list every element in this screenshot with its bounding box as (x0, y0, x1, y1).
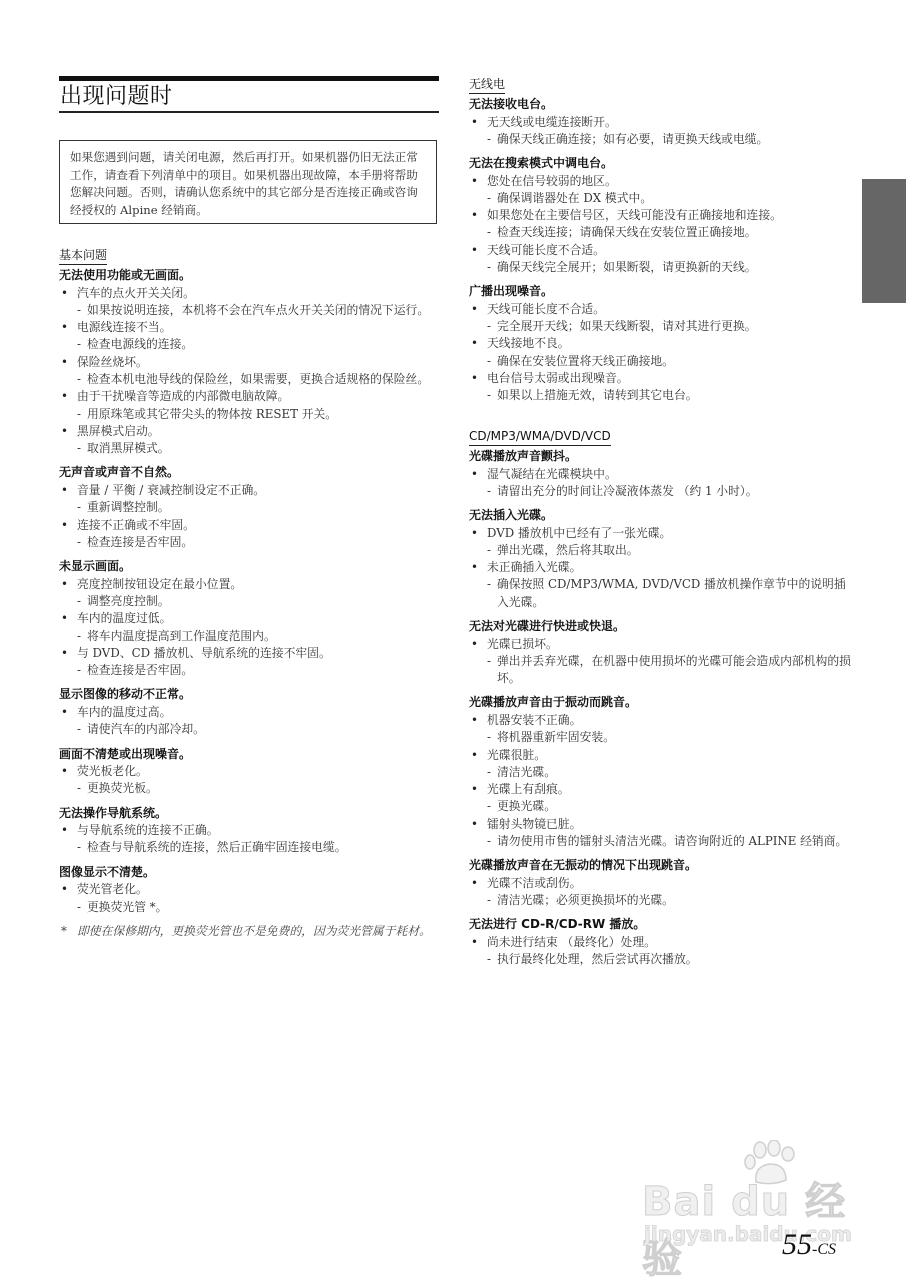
cause-item: •音量 / 平衡 / 衰减控制设定不正确。 (59, 482, 439, 499)
bullet-icon: • (61, 482, 68, 499)
trouble-section: 光碟播放声音在无振动的情况下出现跳音。•光碟不洁或刮伤。-清洁光碟；必须更换损坏… (469, 857, 854, 909)
remedy-text: 确保按照 CD/MP3/WMA, DVD/VCD 播放机操作章节中的说明插入光碟… (497, 577, 846, 608)
remedy-text: 检查天线连接；请确保天线在安装位置正确接地。 (497, 225, 757, 239)
dash-icon: - (487, 131, 491, 148)
cause-item: •光碟上有刮痕。 (469, 781, 854, 798)
page-number: 55-CS (782, 1228, 836, 1262)
remedy-text: 弹出光碟，然后将其取出。 (497, 543, 639, 557)
cause-item: •机器安装不正确。 (469, 712, 854, 729)
cause-text: 光碟已损坏。 (487, 637, 558, 651)
cause-text: 光碟上有刮痕。 (487, 782, 570, 796)
remedy-text: 检查电源线的连接。 (87, 337, 193, 351)
section-title: 显示图像的移动不正常。 (59, 686, 439, 704)
bullet-icon: • (61, 319, 68, 336)
cause-text: 由于干扰噪音等造成的内部微电脑故障。 (77, 389, 289, 403)
cause-item: •与 DVD、CD 播放机、导航系统的连接不牢固。 (59, 645, 439, 662)
dash-icon: - (487, 318, 491, 335)
cause-text: 光碟很脏。 (487, 748, 546, 762)
dash-icon: - (77, 899, 81, 916)
bullet-icon: • (471, 934, 478, 951)
footnote-text: 即使在保修期内，更换荧光管也不是免费的，因为荧光管属于耗材。 (77, 924, 431, 938)
remedy-item: -请留出充分的时间让冷凝液体蒸发 （约 1 小时）。 (469, 483, 854, 500)
dash-icon: - (487, 353, 491, 370)
footnote: * 即使在保修期内，更换荧光管也不是免费的，因为荧光管属于耗材。 (59, 923, 439, 940)
remedy-text: 确保调谐器处在 DX 模式中。 (497, 191, 652, 205)
remedy-text: 如果以上措施无效，请转到其它电台。 (497, 388, 698, 402)
trouble-section: 无法使用功能或无画面。•汽车的点火开关关闭。-如果按说明连接，本机将不会在汽车点… (59, 267, 439, 457)
bullet-icon: • (471, 466, 478, 483)
remedy-text: 检查与导航系统的连接，然后正确牢固连接电缆。 (87, 840, 347, 854)
cause-text: 天线接地不良。 (487, 336, 570, 350)
cause-item: •天线接地不良。 (469, 335, 854, 352)
remedy-text: 执行最终化处理，然后尝试再次播放。 (497, 952, 698, 966)
cause-text: 连接不正确或不牢固。 (77, 518, 195, 532)
cause-item: •荧光管老化。 (59, 881, 439, 898)
dash-icon: - (77, 839, 81, 856)
dash-icon: - (77, 534, 81, 551)
trouble-section: 画面不清楚或出现噪音。•荧光板老化。-更换荧光板。 (59, 746, 439, 798)
remedy-text: 检查连接是否牢固。 (87, 535, 193, 549)
bullet-icon: • (61, 645, 68, 662)
remedy-text: 确保天线正确连接；如有必要，请更换天线或电缆。 (497, 132, 768, 146)
cause-item: •天线可能长度不合适。 (469, 242, 854, 259)
remedy-item: -执行最终化处理，然后尝试再次播放。 (469, 951, 854, 968)
remedy-item: -更换光碟。 (469, 798, 854, 815)
section-title: 广播出现噪音。 (469, 283, 854, 301)
bullet-icon: • (471, 301, 478, 318)
dash-icon: - (487, 542, 491, 559)
bullet-icon: • (61, 576, 68, 593)
cause-item: •未正确插入光碟。 (469, 559, 854, 576)
cause-text: 汽车的点火开关关闭。 (77, 286, 195, 300)
disc-problems: CD/MP3/WMA/DVD/VCD 光碟播放声音颤抖。•湿气凝结在光碟模块中。… (469, 425, 854, 976)
cause-item: •电源线连接不当。 (59, 319, 439, 336)
dash-icon: - (487, 483, 491, 500)
cause-text: 无天线或电缆连接断开。 (487, 115, 617, 129)
bullet-icon: • (61, 822, 68, 839)
cause-text: 您处在信号较弱的地区。 (487, 174, 617, 188)
remedy-item: -检查连接是否牢固。 (59, 534, 439, 551)
dash-icon: - (487, 387, 491, 404)
bullet-icon: • (471, 875, 478, 892)
trouble-section: 图像显示不清楚。•荧光管老化。-更换荧光管 *。 (59, 864, 439, 916)
remedy-text: 请使汽车的内部冷却。 (87, 722, 205, 736)
bullet-icon: • (471, 114, 478, 131)
bullet-icon: • (61, 763, 68, 780)
radio-problems: 无线电 无法接收电台。•无天线或电缆连接断开。-确保天线正确连接；如有必要，请更… (469, 73, 854, 412)
trouble-section: 光碟播放声音由于振动而跳音。•机器安装不正确。-将机器重新牢固安装。•光碟很脏。… (469, 694, 854, 850)
remedy-text: 将机器重新牢固安装。 (497, 730, 615, 744)
cause-text: 机器安装不正确。 (487, 713, 581, 727)
bullet-icon: • (471, 242, 478, 259)
bullet-icon: • (471, 370, 478, 387)
remedy-item: -检查天线连接；请确保天线在安装位置正确接地。 (469, 224, 854, 241)
remedy-text: 弹出并丢弃光碟，在机器中使用损坏的光碟可能会造成内部机构的损坏。 (497, 654, 851, 685)
dash-icon: - (77, 499, 81, 516)
cause-text: 天线可能长度不合适。 (487, 302, 605, 316)
remedy-item: -更换荧光板。 (59, 780, 439, 797)
section-title: 光碟播放声音在无振动的情况下出现跳音。 (469, 857, 854, 875)
cause-item: •镭射头物镜已脏。 (469, 816, 854, 833)
dash-icon: - (77, 721, 81, 738)
dash-icon: - (487, 576, 491, 593)
cause-item: •无天线或电缆连接断开。 (469, 114, 854, 131)
cause-item: •湿气凝结在光碟模块中。 (469, 466, 854, 483)
disc-sections: 光碟播放声音颤抖。•湿气凝结在光碟模块中。-请留出充分的时间让冷凝液体蒸发 （约… (469, 448, 854, 969)
bullet-icon: • (61, 285, 68, 302)
cause-text: 如果您处在主要信号区，天线可能没有正确接地和连接。 (487, 208, 782, 222)
trouble-section: 无法对光碟进行快进或快退。•光碟已损坏。-弹出并丢弃光碟，在机器中使用损坏的光碟… (469, 618, 854, 687)
dash-icon: - (487, 833, 491, 850)
page-number-value: 55 (782, 1228, 812, 1261)
dash-icon: - (77, 336, 81, 353)
category-heading: 无线电 (469, 76, 505, 94)
radio-sections: 无法接收电台。•无天线或电缆连接断开。-确保天线正确连接；如有必要，请更换天线或… (469, 96, 854, 405)
remedy-item: -用原珠笔或其它带尖头的物体按 RESET 开关。 (59, 406, 439, 423)
cause-text: 电台信号太弱或出现噪音。 (487, 371, 629, 385)
section-title: 无声音或声音不自然。 (59, 464, 439, 482)
remedy-text: 更换光碟。 (497, 799, 556, 813)
dash-icon: - (77, 406, 81, 423)
dash-icon: - (77, 662, 81, 679)
dash-icon: - (487, 798, 491, 815)
remedy-item: -请勿使用市售的镭射头清洁光碟。请咨询附近的 ALPINE 经销商。 (469, 833, 854, 850)
cause-item: •光碟不洁或刮伤。 (469, 875, 854, 892)
dash-icon: - (487, 729, 491, 746)
section-title: 无法在搜索模式中调电台。 (469, 155, 854, 173)
cause-item: •DVD 播放机中已经有了一张光碟。 (469, 525, 854, 542)
remedy-item: -确保按照 CD/MP3/WMA, DVD/VCD 播放机操作章节中的说明插入光… (469, 576, 854, 611)
bullet-icon: • (61, 423, 68, 440)
remedy-text: 将车内温度提高到工作温度范围内。 (87, 629, 276, 643)
chapter-tab (862, 179, 906, 303)
section-title: 无法接收电台。 (469, 96, 854, 114)
remedy-item: -确保在安装位置将天线正确接地。 (469, 353, 854, 370)
trouble-section: 无法接收电台。•无天线或电缆连接断开。-确保天线正确连接；如有必要，请更换天线或… (469, 96, 854, 148)
bullet-icon: • (471, 525, 478, 542)
cause-text: 车内的温度过高。 (77, 705, 171, 719)
trouble-section: 无声音或声音不自然。•音量 / 平衡 / 衰减控制设定不正确。-重新调整控制。•… (59, 464, 439, 551)
trouble-section: 光碟播放声音颤抖。•湿气凝结在光碟模块中。-请留出充分的时间让冷凝液体蒸发 （约… (469, 448, 854, 500)
dash-icon: - (487, 951, 491, 968)
remedy-item: -确保天线完全展开；如果断裂，请更换新的天线。 (469, 259, 854, 276)
cause-item: •连接不正确或不牢固。 (59, 517, 439, 534)
cause-item: •天线可能长度不合适。 (469, 301, 854, 318)
cause-item: •车内的温度过高。 (59, 704, 439, 721)
remedy-item: -如果以上措施无效，请转到其它电台。 (469, 387, 854, 404)
trouble-section: 未显示画面。•亮度控制按钮设定在最小位置。-调整亮度控制。•车内的温度过低。-将… (59, 558, 439, 679)
cause-item: •由于干扰噪音等造成的内部微电脑故障。 (59, 388, 439, 405)
footnote-mark: * (61, 923, 67, 940)
cause-item: •光碟已损坏。 (469, 636, 854, 653)
section-title: 无法插入光碟。 (469, 507, 854, 525)
cause-text: 电源线连接不当。 (77, 320, 171, 334)
section-title: 光碟播放声音颤抖。 (469, 448, 854, 466)
remedy-item: -取消黑屏模式。 (59, 440, 439, 457)
dash-icon: - (77, 780, 81, 797)
bullet-icon: • (471, 781, 478, 798)
left-sections: 无法使用功能或无画面。•汽车的点火开关关闭。-如果按说明连接，本机将不会在汽车点… (59, 267, 439, 916)
cause-item: •与导航系统的连接不正确。 (59, 822, 439, 839)
remedy-text: 确保天线完全展开；如果断裂，请更换新的天线。 (497, 260, 757, 274)
cause-item: •亮度控制按钮设定在最小位置。 (59, 576, 439, 593)
dash-icon: - (77, 593, 81, 610)
bullet-icon: • (61, 610, 68, 627)
cause-item: •汽车的点火开关关闭。 (59, 285, 439, 302)
bullet-icon: • (471, 712, 478, 729)
remedy-text: 检查连接是否牢固。 (87, 663, 193, 677)
bullet-icon: • (61, 517, 68, 534)
bullet-icon: • (471, 559, 478, 576)
bullet-icon: • (471, 636, 478, 653)
remedy-item: -完全展开天线；如果天线断裂，请对其进行更换。 (469, 318, 854, 335)
remedy-text: 调整亮度控制。 (87, 594, 170, 608)
remedy-item: -检查本机电池导线的保险丝，如果需要，更换合适规格的保险丝。 (59, 371, 439, 388)
remedy-text: 检查本机电池导线的保险丝，如果需要，更换合适规格的保险丝。 (87, 372, 429, 386)
bullet-icon: • (61, 388, 68, 405)
bullet-icon: • (471, 816, 478, 833)
remedy-text: 更换荧光管 *。 (87, 900, 167, 914)
section-title: 画面不清楚或出现噪音。 (59, 746, 439, 764)
section-title: 无法使用功能或无画面。 (59, 267, 439, 285)
remedy-text: 确保在安装位置将天线正确接地。 (497, 354, 674, 368)
remedy-item: -将机器重新牢固安装。 (469, 729, 854, 746)
cause-text: 天线可能长度不合适。 (487, 243, 605, 257)
cause-item: •您处在信号较弱的地区。 (469, 173, 854, 190)
cause-text: 与 DVD、CD 播放机、导航系统的连接不牢固。 (77, 646, 331, 660)
cause-text: 保险丝烧坏。 (77, 355, 148, 369)
cause-text: 音量 / 平衡 / 衰减控制设定不正确。 (77, 483, 265, 497)
cause-text: 黑屏模式启动。 (77, 424, 160, 438)
basic-problems: 基本问题 无法使用功能或无画面。•汽车的点火开关关闭。-如果按说明连接，本机将不… (59, 244, 439, 940)
title-rule (59, 111, 439, 113)
dash-icon: - (77, 440, 81, 457)
remedy-text: 完全展开天线；如果天线断裂，请对其进行更换。 (497, 319, 757, 333)
baidu-watermark: Bai du 经验 jingyan.baidu.com (642, 1140, 872, 1260)
remedy-text: 清洁光碟；必须更换损坏的光碟。 (497, 893, 674, 907)
trouble-section: 无法操作导航系统。•与导航系统的连接不正确。-检查与导航系统的连接，然后正确牢固… (59, 805, 439, 857)
trouble-section: 无法进行 CD-R/CD-RW 播放。•尚未进行结束 （最终化）处理。-执行最终… (469, 916, 854, 968)
remedy-item: -确保调谐器处在 DX 模式中。 (469, 190, 854, 207)
section-title: 无法进行 CD-R/CD-RW 播放。 (469, 916, 854, 934)
cause-item: •保险丝烧坏。 (59, 354, 439, 371)
page-title: 出现问题时 (60, 84, 173, 110)
cause-text: 亮度控制按钮设定在最小位置。 (77, 577, 242, 591)
remedy-item: -请使汽车的内部冷却。 (59, 721, 439, 738)
section-title: 无法对光碟进行快进或快退。 (469, 618, 854, 636)
cause-text: 未正确插入光碟。 (487, 560, 581, 574)
bullet-icon: • (61, 354, 68, 371)
remedy-item: -确保天线正确连接；如有必要，请更换天线或电缆。 (469, 131, 854, 148)
dash-icon: - (487, 224, 491, 241)
remedy-item: -检查电源线的连接。 (59, 336, 439, 353)
cause-text: 荧光板老化。 (77, 764, 148, 778)
remedy-text: 更换荧光板。 (87, 781, 158, 795)
dash-icon: - (487, 892, 491, 909)
remedy-text: 如果按说明连接，本机将不会在汽车点火开关关闭的情况下运行。 (87, 303, 429, 317)
bullet-icon: • (471, 335, 478, 352)
remedy-text: 重新调整控制。 (87, 500, 170, 514)
cause-item: •尚未进行结束 （最终化）处理。 (469, 934, 854, 951)
remedy-item: -检查与导航系统的连接，然后正确牢固连接电缆。 (59, 839, 439, 856)
dash-icon: - (487, 190, 491, 207)
remedy-item: -清洁光碟。 (469, 764, 854, 781)
cause-item: •车内的温度过低。 (59, 610, 439, 627)
dash-icon: - (77, 302, 81, 319)
cause-item: •荧光板老化。 (59, 763, 439, 780)
cause-text: 荧光管老化。 (77, 882, 148, 896)
dash-icon: - (487, 653, 491, 670)
trouble-section: 无法插入光碟。•DVD 播放机中已经有了一张光碟。-弹出光碟，然后将其取出。•未… (469, 507, 854, 611)
bullet-icon: • (471, 207, 478, 224)
remedy-item: -重新调整控制。 (59, 499, 439, 516)
trouble-section: 显示图像的移动不正常。•车内的温度过高。-请使汽车的内部冷却。 (59, 686, 439, 738)
section-title: 无法操作导航系统。 (59, 805, 439, 823)
remedy-text: 请留出充分的时间让冷凝液体蒸发 （约 1 小时）。 (497, 484, 758, 498)
remedy-item: -调整亮度控制。 (59, 593, 439, 610)
cause-item: •黑屏模式启动。 (59, 423, 439, 440)
cause-item: •如果您处在主要信号区，天线可能没有正确接地和连接。 (469, 207, 854, 224)
remedy-item: -检查连接是否牢固。 (59, 662, 439, 679)
cause-text: 车内的温度过低。 (77, 611, 171, 625)
cause-text: 尚未进行结束 （最终化）处理。 (487, 935, 656, 949)
remedy-item: -如果按说明连接，本机将不会在汽车点火开关关闭的情况下运行。 (59, 302, 439, 319)
category-heading: 基本问题 (59, 247, 107, 265)
trouble-section: 无法在搜索模式中调电台。•您处在信号较弱的地区。-确保调谐器处在 DX 模式中。… (469, 155, 854, 276)
dash-icon: - (77, 628, 81, 645)
remedy-text: 请勿使用市售的镭射头清洁光碟。请咨询附近的 ALPINE 经销商。 (497, 834, 847, 848)
bullet-icon: • (471, 173, 478, 190)
remedy-item: -更换荧光管 *。 (59, 899, 439, 916)
page-suffix: -CS (812, 1241, 836, 1258)
remedy-item: -弹出并丢弃光碟，在机器中使用损坏的光碟可能会造成内部机构的损坏。 (469, 653, 854, 688)
remedy-item: -清洁光碟；必须更换损坏的光碟。 (469, 892, 854, 909)
section-title: 图像显示不清楚。 (59, 864, 439, 882)
remedy-text: 取消黑屏模式。 (87, 441, 170, 455)
cause-text: 湿气凝结在光碟模块中。 (487, 467, 617, 481)
cause-text: 光碟不洁或刮伤。 (487, 876, 581, 890)
remedy-text: 清洁光碟。 (497, 765, 556, 779)
cause-text: DVD 播放机中已经有了一张光碟。 (487, 526, 671, 540)
remedy-item: -将车内温度提高到工作温度范围内。 (59, 628, 439, 645)
trouble-section: 广播出现噪音。•天线可能长度不合适。-完全展开天线；如果天线断裂，请对其进行更换… (469, 283, 854, 404)
remedy-item: -弹出光碟，然后将其取出。 (469, 542, 854, 559)
cause-item: •电台信号太弱或出现噪音。 (469, 370, 854, 387)
intro-box: 如果您遇到问题，请关闭电源，然后再打开。如果机器仍旧无法正常工作，请查看下列清单… (59, 140, 437, 224)
dash-icon: - (487, 259, 491, 276)
cause-text: 镭射头物镜已脏。 (487, 817, 581, 831)
section-title: 光碟播放声音由于振动而跳音。 (469, 694, 854, 712)
bullet-icon: • (61, 704, 68, 721)
section-title: 未显示画面。 (59, 558, 439, 576)
cause-item: •光碟很脏。 (469, 747, 854, 764)
bullet-icon: • (471, 747, 478, 764)
dash-icon: - (77, 371, 81, 388)
bullet-icon: • (61, 881, 68, 898)
remedy-text: 用原珠笔或其它带尖头的物体按 RESET 开关。 (87, 407, 337, 421)
title-bar (59, 76, 439, 81)
cause-text: 与导航系统的连接不正确。 (77, 823, 219, 837)
dash-icon: - (487, 764, 491, 781)
category-heading: CD/MP3/WMA/DVD/VCD (469, 428, 611, 446)
